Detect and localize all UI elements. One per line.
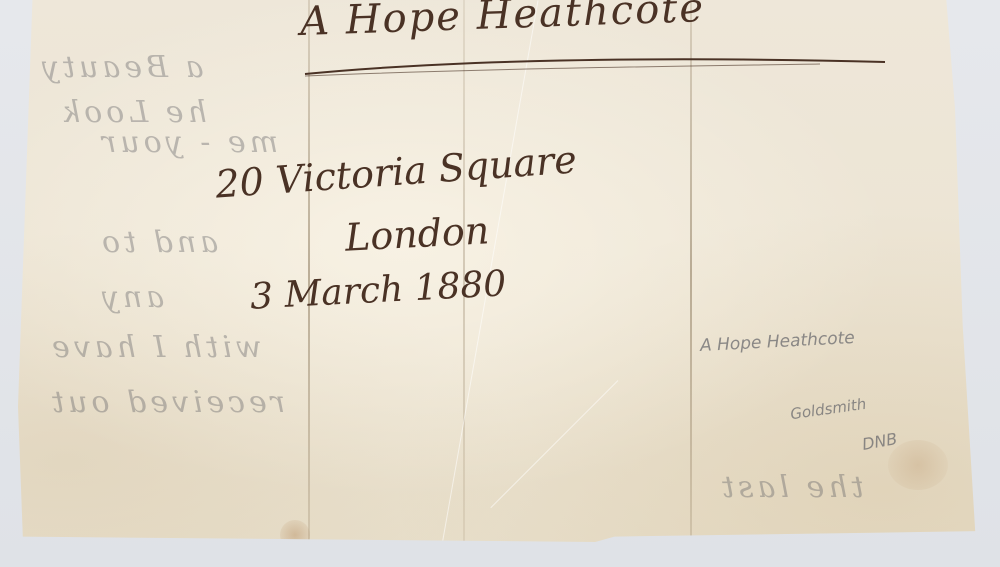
fold-line <box>690 0 692 542</box>
bleed-through-text: any <box>98 280 164 315</box>
crease <box>490 380 618 508</box>
signature-underline <box>300 50 890 80</box>
fold-line <box>308 0 310 542</box>
bleed-through-text: received out <box>48 385 285 420</box>
bleed-through-text: with I have <box>48 330 261 365</box>
bleed-through-text: me - your <box>98 125 278 160</box>
bleed-through-text: and to <box>98 225 218 260</box>
bleed-through-text: a Beauty <box>38 50 203 85</box>
address-city: London <box>344 208 490 259</box>
bleed-through-text: the last <box>718 470 864 505</box>
